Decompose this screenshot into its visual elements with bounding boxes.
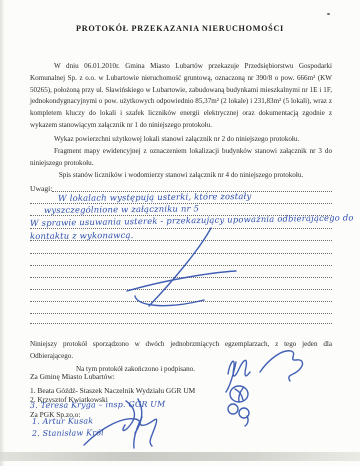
dotted-line bbox=[30, 323, 332, 324]
dotted-line bbox=[30, 277, 332, 278]
paragraph-main: W dniu 06.01.2010r. Gmina Miasto Lubartó… bbox=[30, 61, 332, 131]
handwritten-note-line1: W lokalach występują usterki, które zost… bbox=[58, 191, 251, 203]
scan-edge-shadow bbox=[0, 452, 360, 461]
dotted-line bbox=[30, 228, 332, 229]
dotted-line bbox=[30, 313, 332, 314]
scan-edge-left bbox=[0, 0, 5, 466]
signature-monogram bbox=[228, 386, 249, 426]
scanned-document-page: PROTOKÓŁ PRZEKAZANIA NIERUCHOMOŚCI W dni… bbox=[0, 0, 360, 466]
dotted-line bbox=[30, 253, 332, 254]
document-title: PROTOKÓŁ PRZEKAZANIA NIERUCHOMOŚCI bbox=[0, 24, 360, 33]
dotted-line bbox=[30, 265, 332, 266]
remarks-label: Uwagi: bbox=[30, 184, 52, 193]
pgk-signatory-1-handwritten: 1. Artur Kusak bbox=[32, 416, 93, 426]
paragraph-attachment-3: Fragment mapy ewidencyjnej z oznaczeniem… bbox=[30, 146, 332, 169]
paragraph-attachment-2: Wykaz powierzchni użytkowej lokali stano… bbox=[30, 134, 332, 146]
scan-speck bbox=[327, 13, 330, 15]
pgk-signatory-2-handwritten: 2. Stanisław Król bbox=[32, 428, 104, 438]
dotted-line bbox=[30, 301, 332, 302]
signature-city-1 bbox=[226, 360, 250, 392]
city-signatories-heading: Za Gminę Miasto Lubartów: bbox=[30, 372, 115, 382]
city-signatory-3-handwritten: 3. Teresa Kryga – insp. GGR UM bbox=[30, 400, 166, 410]
paragraph-copies: Niniejszy protokół sporządzono w dwóch j… bbox=[30, 339, 332, 362]
dotted-line bbox=[30, 289, 332, 290]
handwritten-note-line2: wyszczególnione w załączniku nr 5 bbox=[44, 203, 199, 215]
handwritten-note-line4: kontaktu z wykonawcą. bbox=[30, 230, 134, 241]
paragraph-attachment-4: Spis stanów liczników i wodomierzy stano… bbox=[30, 170, 332, 182]
